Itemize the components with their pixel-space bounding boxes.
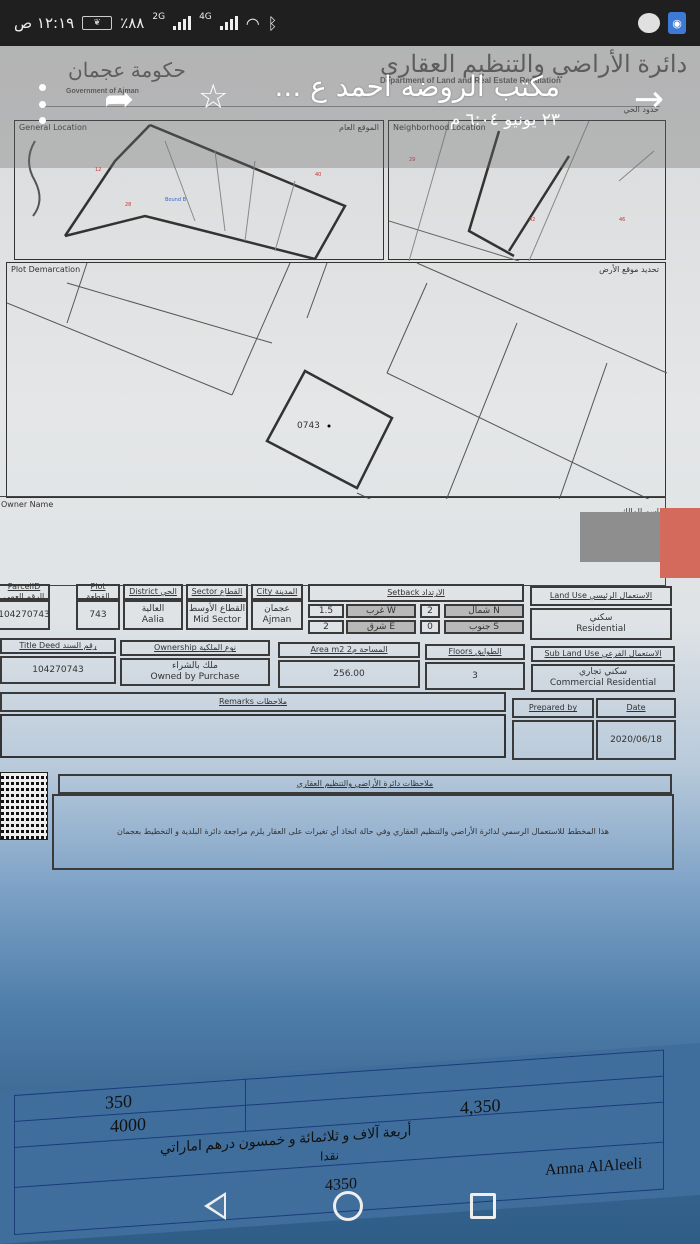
svg-text:Bound B: Bound B (165, 197, 187, 203)
forward-arrow-icon[interactable]: → (634, 82, 664, 118)
district-label: District الحي (129, 587, 177, 597)
wifi-icon: ◠ (246, 14, 260, 33)
area-label: Area m2 المساحة م2 (310, 645, 387, 655)
setback-w-dir: غرب W (366, 606, 396, 617)
home-button-icon[interactable] (333, 1191, 363, 1221)
remarks-label: Remarks ملاحظات (219, 697, 287, 707)
network-type-1: 2G (152, 12, 165, 22)
shield-icon: ◉ (668, 12, 686, 34)
receipt-payment-method: نقدا (320, 1148, 339, 1164)
floors-label: Floors الطوابق (448, 647, 501, 657)
ownership-value-ar: ملك بالشراء (172, 661, 218, 672)
receipt-total-number: 4,350 (460, 1095, 501, 1119)
owner-name-section: Owner Name اسم المالك (0, 496, 666, 586)
setback-e-dir: شرق E (367, 622, 395, 633)
sector-value-ar: القطاع الأوسط (189, 604, 245, 615)
prepared-by-label: Prepared by (529, 703, 577, 713)
message-timestamp: ٢٣ يونيو ٦:٠٤ م (450, 110, 560, 130)
sub-land-use-value-en: Commercial Residential (550, 678, 656, 689)
receipt-value-350: 350 (105, 1091, 132, 1114)
title-deed-label: Title Deed رقم السند (19, 641, 96, 651)
prepared-by-value (512, 720, 594, 760)
plot-demarcation-label-en: Plot Demarcation (11, 265, 80, 274)
plot-demarcation-map: Plot Demarcation تحديد موقع الأرض 0743 (6, 262, 666, 498)
viewer-toolbar: ➦ ☆ مكتب الروضه احمد ع ... ٢٣ يونيو ٦:٠٤… (0, 46, 700, 168)
chat-bubble-icon (638, 13, 660, 33)
date-value: 2020/06/18 (610, 735, 662, 746)
receipt-value-4000: 4000 (110, 1114, 146, 1138)
svg-text:46: 46 (619, 217, 625, 223)
owner-name-label-en: Owner Name (1, 500, 53, 509)
district-value-en: Aalia (142, 615, 164, 626)
title-deed-value: 104270743 (32, 665, 84, 676)
document-photo: حكومة عجمان Government of Ajman دائرة ال… (0, 46, 700, 1244)
land-use-label: Land Use الاستعمال الرئيسي (550, 591, 652, 601)
redaction-red (660, 508, 700, 578)
sector-label: Sector القطاع (192, 587, 243, 597)
parcel-id-label: ParcelID الرقم العمي (0, 582, 48, 601)
ownership-value-en: Owned by Purchase (150, 672, 239, 683)
signal-icon-2 (220, 16, 238, 30)
recent-apps-button-icon[interactable] (470, 1193, 496, 1219)
date-label: Date (626, 703, 645, 713)
share-icon[interactable]: ➦ (104, 82, 134, 118)
city-value-ar: عجمان (264, 604, 290, 615)
svg-text:40: 40 (315, 172, 321, 178)
setback-n-dir: شمال N (468, 606, 500, 617)
setback-s-value: 0 (427, 622, 433, 633)
more-vert-icon[interactable] (32, 84, 52, 124)
chat-title: مكتب الروضه احمد ع ... (275, 70, 560, 103)
sector-value-en: Mid Sector (193, 615, 241, 626)
parcel-id-value: 104270743 (0, 610, 50, 621)
setback-w-value: 1.5 (319, 606, 333, 617)
svg-text:28: 28 (125, 202, 131, 208)
sub-land-use-value-ar: سكني تجاري (579, 667, 627, 678)
network-type-2: 4G (199, 12, 212, 22)
bluetooth-icon: ᛒ (268, 14, 278, 33)
floors-value: 3 (472, 671, 478, 682)
qr-code (0, 772, 48, 840)
setback-e-value: 2 (323, 622, 329, 633)
screen: حكومة عجمان Government of Ajman دائرة ال… (0, 0, 700, 1244)
city-value-en: Ajman (263, 615, 292, 626)
dept-notes-label: ملاحظات دائرة الأراضي والتنظيم العقاري (297, 779, 433, 789)
signal-icon (173, 16, 191, 30)
battery-icon: ❦ (82, 16, 112, 30)
land-use-value-en: Residential (576, 624, 626, 635)
redaction-grey (580, 512, 660, 562)
setback-label: Setback الارتداد (387, 588, 445, 598)
sub-land-use-label: Sub Land Use الاستعمال الفرعي (544, 649, 661, 659)
remarks-area (0, 714, 506, 758)
setback-n-value: 2 (427, 606, 433, 617)
plot-number-label: 0743 (297, 421, 320, 431)
land-use-value-ar: سكني (590, 613, 613, 624)
dept-notes-text: هذا المخطط للاستعمال الرسمي لدائرة الأرا… (117, 827, 609, 837)
district-value-ar: العالية (142, 604, 165, 615)
plot-demarcation-label-ar: تحديد موقع الأرض (599, 265, 659, 274)
city-label: City المدينة (257, 587, 298, 597)
ownership-label: Ownership نوع الملكية (154, 643, 236, 653)
navigation-bar (0, 1168, 700, 1244)
star-icon[interactable]: ☆ (198, 80, 228, 114)
area-value: 256.00 (333, 669, 365, 680)
battery-level: ٪٨٨ (120, 14, 144, 32)
back-button-icon[interactable] (204, 1192, 226, 1220)
setback-s-dir: جنوب S (469, 622, 499, 633)
plot-field-value: 743 (89, 610, 106, 621)
status-bar: ١٢:١٩ ص ❦ ٪٨٨ 2G 4G ◠ ᛒ ◉ (0, 0, 700, 46)
clock: ١٢:١٩ ص (14, 14, 74, 32)
plot-field-label: Plot القطعة (78, 582, 118, 601)
svg-text:42: 42 (529, 217, 535, 223)
